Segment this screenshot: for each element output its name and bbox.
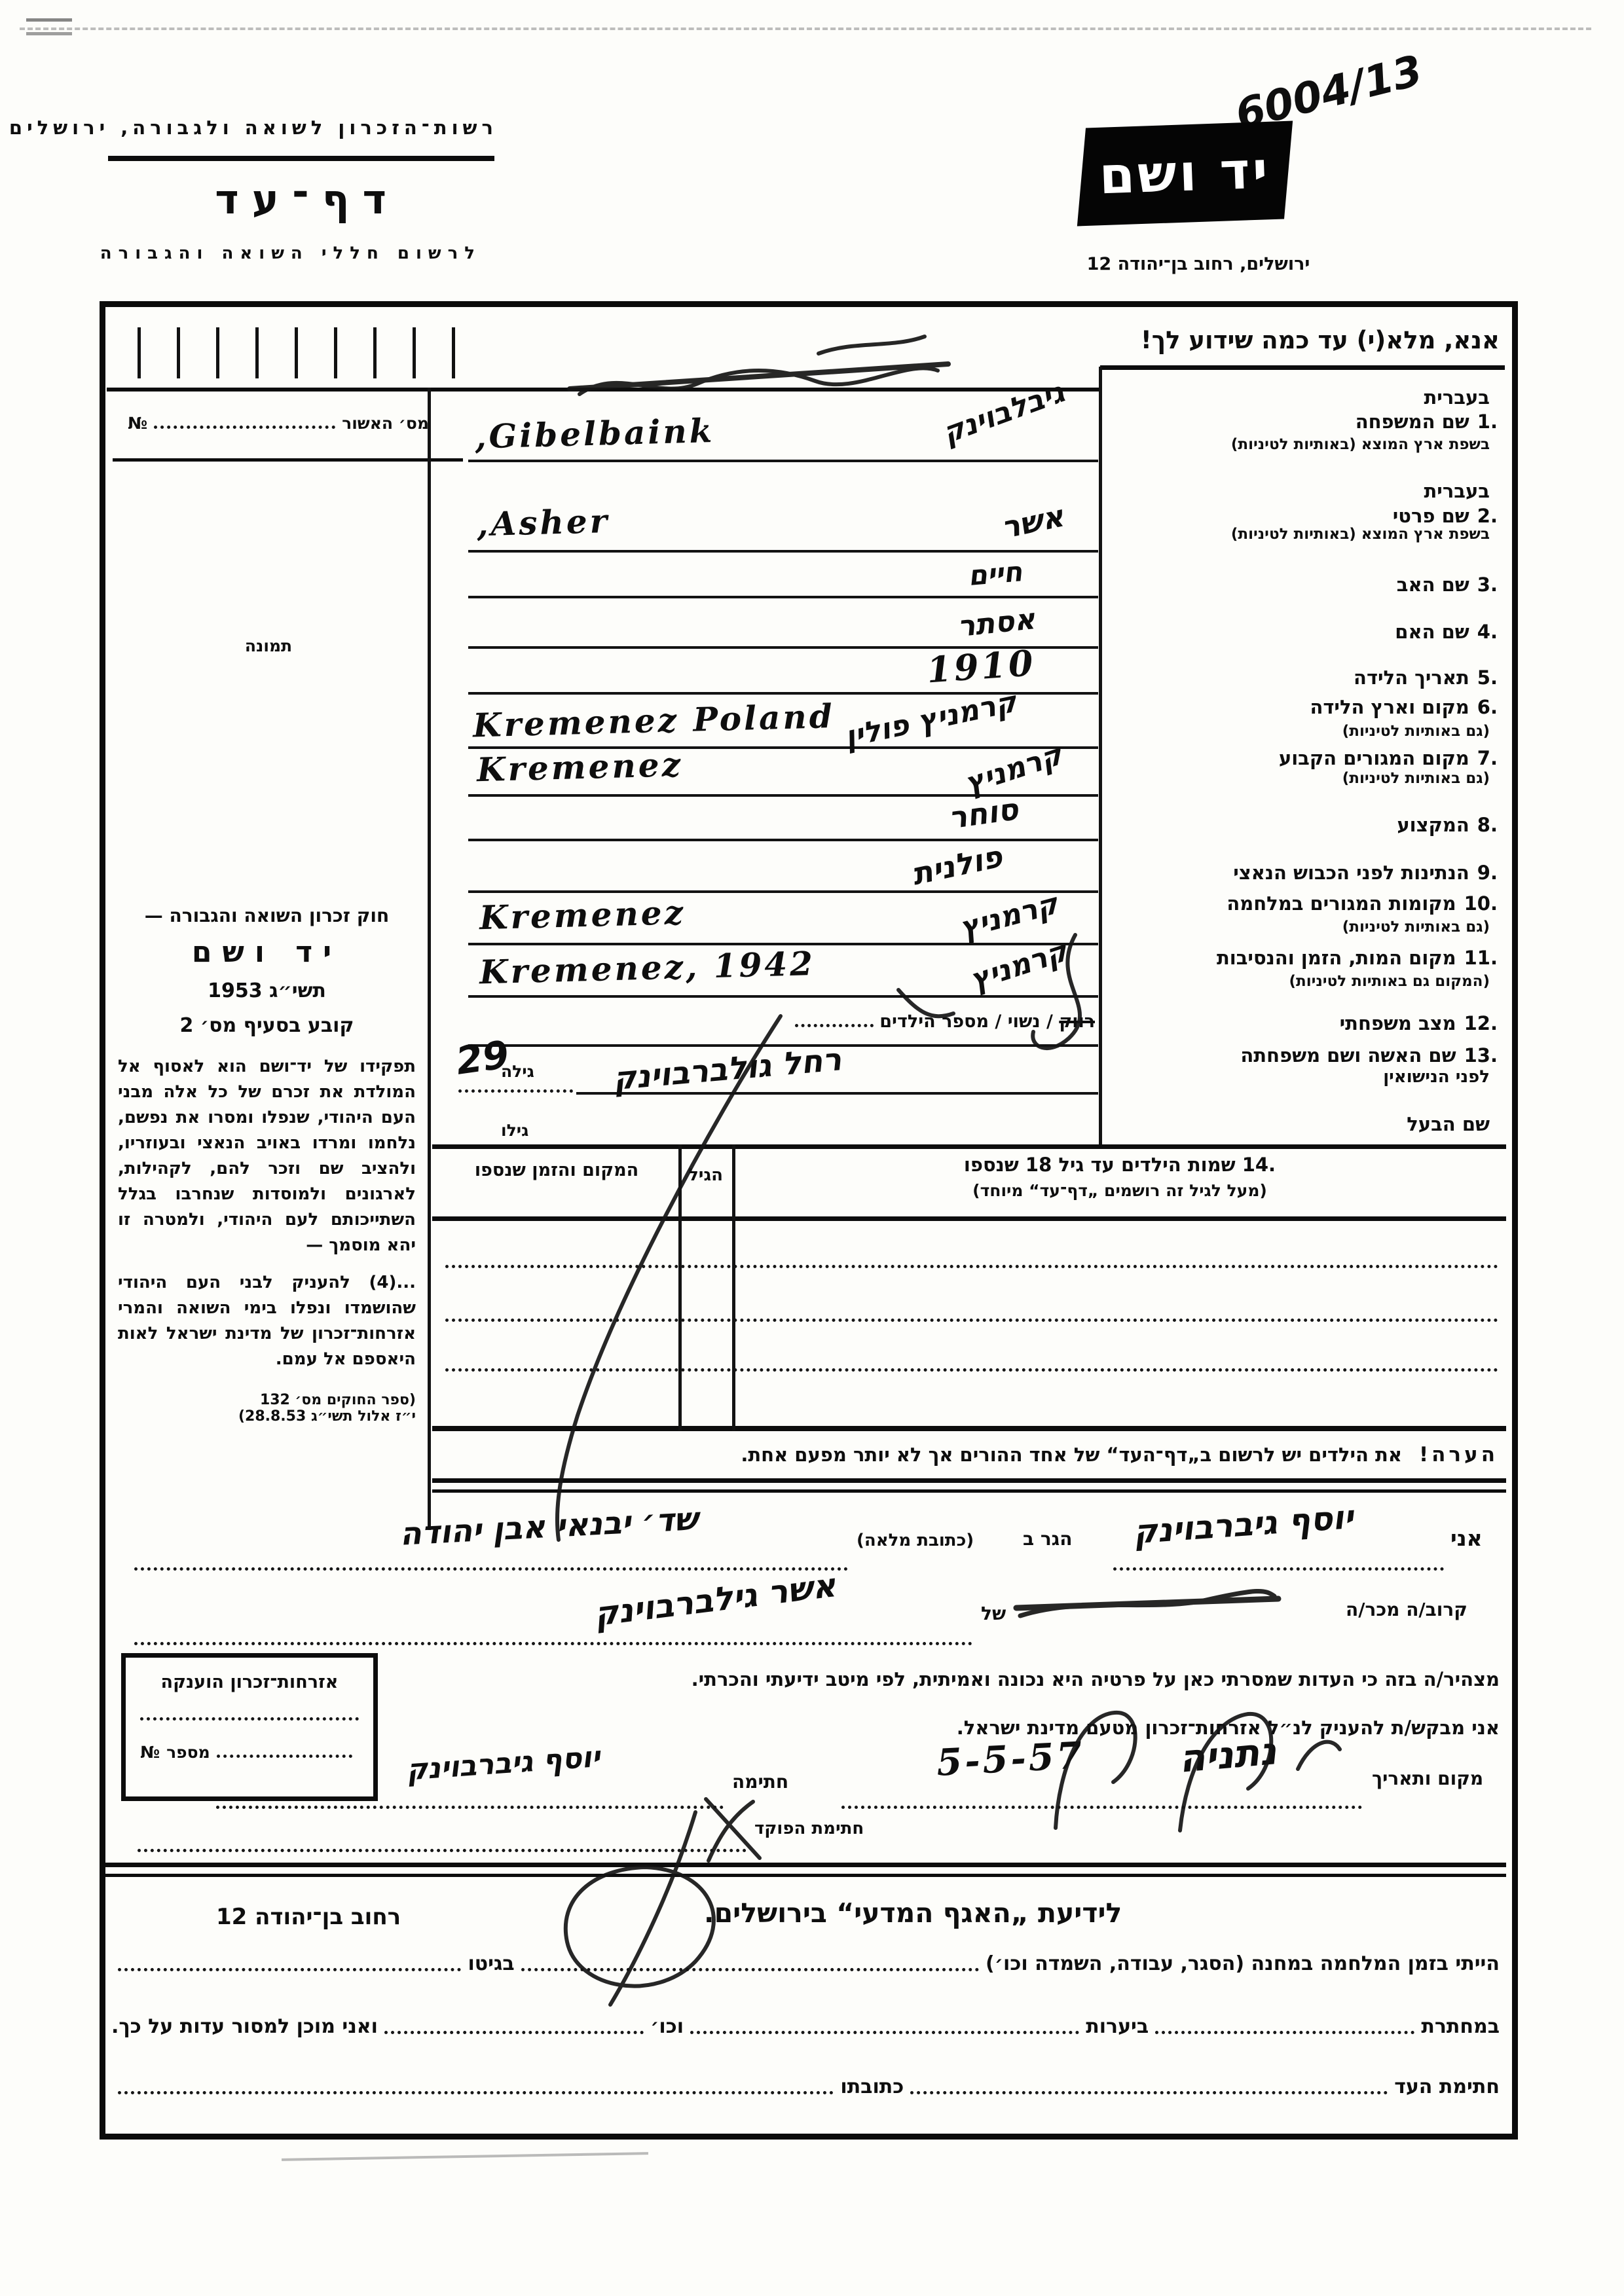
field-7-label: 7.מקום המגורים הקבוע [1110, 747, 1498, 769]
field-4-label: 4.שם האם [1110, 621, 1498, 643]
notice-address: רחוב בן־יהודה 12 [216, 1904, 401, 1930]
husband-age-label: גילו [501, 1121, 528, 1140]
resides-label: הגר ב [1023, 1528, 1072, 1550]
witness-signature-field [910, 2091, 1388, 2094]
page-of-testimony-scan: 6004/13 רשות־הזכרון לשואה ולגבורה, ירושל… [0, 0, 1624, 2296]
signature-label: חתימה [732, 1771, 788, 1793]
witness-camp-field [521, 1968, 979, 1971]
field-3-label: 3.שם האב [1110, 574, 1498, 596]
approval-number-row: מס׳ האשור № [128, 414, 429, 433]
ticks-underline [107, 388, 1100, 392]
declarant-name-field [1113, 1567, 1444, 1571]
relative-label: קרוב/ה מכר/ה [1346, 1599, 1467, 1620]
grant-box-title: אזרחות־זכרון הוענקה [126, 1672, 373, 1692]
authority-line: רשות־הזכרון לשואה ולגבורה, ירושלים [98, 117, 498, 139]
field-3-handwriting: חיים [967, 555, 1024, 592]
law-source-2: י״ז אלול תשי״ג 28.8.53) [118, 1408, 416, 1425]
law-body-2: ...(4) להעניק לבני העם היהודי שהושמדו ונ… [118, 1270, 416, 1372]
form-subtitle: לרשום חללי השואה והגבורה [128, 244, 481, 263]
field-10-sublabel: (גם באותיות לטיניות) [1110, 919, 1490, 936]
clerk-signature-label: חתימת הפוקד [754, 1819, 864, 1838]
children-row-2 [445, 1319, 1498, 1322]
field-10-handwriting-latin: Kremenez [479, 893, 686, 937]
yad-vashem-logo: יד ושם [1077, 121, 1293, 227]
law-body: תפקידו של יד־ושם הוא לאסוף אל המולדת את … [118, 1054, 416, 1258]
note-double-rule [432, 1478, 1506, 1493]
witness-line-3: חתימת העד כתובתו [111, 2075, 1500, 2098]
children-row-3 [445, 1368, 1498, 1372]
plea-line: אנא, מלא(י) עד כמה שידוע לך! [1107, 326, 1500, 354]
witness-camp-label: הייתי בזמן המלחמה במחנה (הסגר, עבודה, הש… [986, 1952, 1500, 1975]
field-1-hebrew-tag: בעברית [1110, 386, 1490, 409]
field-7-sublabel: (גם באותיות לטיניות) [1110, 770, 1490, 787]
field-11-sublabel: (המקום גם באותיות לטיניות) [1110, 973, 1490, 990]
witness-line-1: הייתי בזמן המלחמה במחנה (הסגר, עבודה, הש… [111, 1952, 1500, 1975]
witness-signature-label: חתימת העד [1394, 2075, 1500, 2098]
children-table-header-rule [432, 1216, 1506, 1221]
field-1-label: 1.שם המשפחה [1110, 410, 1498, 433]
declarant-i-label: אני [1450, 1525, 1483, 1551]
approval-number-label: מס׳ האשור [342, 414, 429, 433]
children-table-age-divider-right [732, 1144, 735, 1430]
field-2-label: 2.שם פרטי [1110, 505, 1498, 527]
law-heading-4: קובע בסעיף מס׳ 2 [118, 1014, 416, 1037]
field-5-handwriting: 1910 [925, 642, 1037, 691]
law-heading-3: תשי״ג 1953 [118, 979, 416, 1002]
field-2-line [468, 550, 1098, 553]
grant-box-number-field [217, 1755, 352, 1758]
place-handwriting: נתניה [1177, 1728, 1278, 1781]
field-2-hebrew-tag: בעברית [1110, 480, 1490, 502]
field-5-label: 5.תאריך הלידה [1110, 666, 1498, 689]
note-text: את הילדים יש לרשום ב„דף־העד“ של אחד ההור… [741, 1444, 1402, 1466]
memorial-citizenship-box: אזרחות־זכרון הוענקה מספר № [121, 1653, 378, 1801]
children-table-age-divider-left [678, 1144, 682, 1430]
authority-underline [108, 156, 494, 161]
of-label: של [981, 1603, 1006, 1624]
witness-line-2: במחתרת ביערות וכו׳ ואני מוכן למסור עדות … [111, 2015, 1500, 2038]
field-9-line [468, 890, 1098, 893]
grant-box-number-label: מספר [166, 1743, 210, 1762]
field-11-label: 11.מקום המות, הזמן והנסיבות [1110, 947, 1498, 969]
field-14-label-cell: 14. שמות הילדים עד גיל 18 שנספו (מעל לגי… [740, 1154, 1500, 1200]
column-place-header: המקום והזמן שנספו [439, 1160, 674, 1180]
children-table-top-rule [432, 1144, 1506, 1149]
section-double-rule [105, 1863, 1506, 1877]
declare-line: מצהיר/ה בזה כי העדות שמסרתי כאן על פרטיה… [452, 1668, 1500, 1690]
plea-underline [1100, 365, 1505, 370]
field-11-line [468, 995, 1098, 998]
logo-text: יד ושם [1098, 141, 1271, 206]
notice-text: לידיעת „האגף המדעי“ בירושלים. [704, 1897, 1122, 1929]
place-date-label: מקום ותאריך [1372, 1768, 1483, 1789]
field-13-age-handwriting: 29 [453, 1032, 511, 1084]
witness-etc-label: וכו׳ [650, 2015, 684, 2038]
law-heading-2: יד ושם [118, 936, 416, 969]
field-1-line [468, 460, 1098, 462]
field-8-label: 8.המקצוע [1110, 814, 1498, 836]
law-heading-1: חוק זכרון השואה והגבורה — [118, 905, 416, 926]
note-title: הערה! [1419, 1443, 1498, 1467]
scan-artifact-bottom-line [282, 2152, 648, 2161]
field-1-sublabel: בשפת ארץ המוצא (באותיות לטיניות) [1110, 436, 1490, 453]
husband-label: שם הבעל [1110, 1113, 1490, 1135]
field-14-label: שמות הילדים עד גיל 18 שנספו [964, 1154, 1236, 1176]
law-sidebar: חוק זכרון השואה והגבורה — יד ושם תשי״ג 1… [118, 905, 416, 1425]
grant-box-number-row: מספר № [140, 1743, 359, 1762]
option-children-count: מספר הילדים [879, 1011, 989, 1032]
field-13-age-line [458, 1089, 573, 1093]
labels-column-divider [1099, 367, 1102, 1146]
request-line: אני מבקש/ת להעניק לנ״ל אזרחות־זכרון מטעם… [773, 1717, 1500, 1739]
left-column-divider [428, 388, 431, 1530]
witness-forests-field [690, 2031, 1079, 2034]
relative-field [134, 1642, 972, 1645]
field-3-line [468, 596, 1098, 598]
children-table-bottom-rule [432, 1426, 1506, 1431]
numero-sign: № [128, 414, 147, 433]
perforation-ticks [138, 327, 455, 378]
field-6-sublabel: (גם באותיות לטיניות) [1110, 723, 1490, 740]
grant-box-numero-sign: № [140, 1743, 160, 1762]
witness-forests-label: ביערות [1086, 2015, 1149, 2038]
witness-etc-field [384, 2031, 644, 2034]
scan-artifact-top-dashes [20, 27, 1591, 30]
field-8-line [468, 839, 1098, 841]
option-married: נשוי [1008, 1011, 1041, 1032]
witness-address-field [118, 2091, 834, 2094]
field-13-label: 13.שם האשה ושם משפחתה [1110, 1044, 1498, 1066]
law-source-1: (ספר החוקים מס׳ 132 [118, 1392, 416, 1408]
photo-label: תמונה [111, 636, 426, 655]
field-2-sublabel: בשפת ארץ המוצא (באותיות לטיניות) [1110, 526, 1490, 543]
resides-paren: (כתובת מלאה) [857, 1531, 974, 1550]
children-row-1 [445, 1265, 1498, 1268]
field-13-sublabel: לפני הנישואין [1110, 1067, 1490, 1087]
form-title: דף־עד [216, 175, 399, 223]
field-6-label: 6.מקום וארץ הלידה [1110, 696, 1498, 718]
field-10-label: 10.מקומות המגורים במלחמה [1110, 892, 1498, 915]
approval-row-underline [113, 458, 463, 462]
option-single: רווק [1059, 1011, 1095, 1032]
children-count-dots [795, 1024, 874, 1027]
place-date-field [841, 1806, 1362, 1809]
field-2-handwriting-latin: Asher, [476, 501, 610, 543]
field-7-handwriting-latin: Kremenez [476, 745, 683, 789]
field-9-label: 9.הנתינות לפני הכבוש הנאצי [1110, 862, 1498, 884]
note-row: הערה! את הילדים יש לרשום ב„דף־העד“ של אח… [458, 1443, 1498, 1467]
witness-underground-label: במחתרת [1421, 2015, 1500, 2038]
clerk-signature-field [138, 1849, 747, 1852]
witness-ghetto-label: בגיטו [468, 1952, 514, 1975]
witness-address-label: כתובתו [840, 2075, 904, 2098]
field-1-handwriting-latin: Gibelbaink, [474, 411, 715, 456]
witness-ghetto-field [118, 1968, 461, 1971]
column-age-header: הגיל [674, 1165, 737, 1185]
declarant-address-field [134, 1567, 848, 1571]
witness-underground-field [1155, 2031, 1414, 2034]
field-12-options: רווק / נשוי / מספר הילדים [655, 1011, 1095, 1032]
field-14-sublabel: (מעל לגיל זה רושמים „דף־עד“ מיוחד) [740, 1181, 1500, 1200]
signature-field [216, 1806, 724, 1809]
approval-number-field [154, 426, 335, 429]
date-handwriting: 5-5-57 [936, 1734, 1086, 1785]
field-12-label: 12.מצב משפחתי [1110, 1012, 1498, 1034]
grant-box-line [140, 1717, 359, 1721]
scan-artifact-corner-mark [26, 18, 72, 35]
office-address: ירושלים, רחוב בן־יהודה 12 [1061, 254, 1336, 274]
witness-ready-text: ואני מוכן למסור עדות על כך. [111, 2015, 378, 2038]
